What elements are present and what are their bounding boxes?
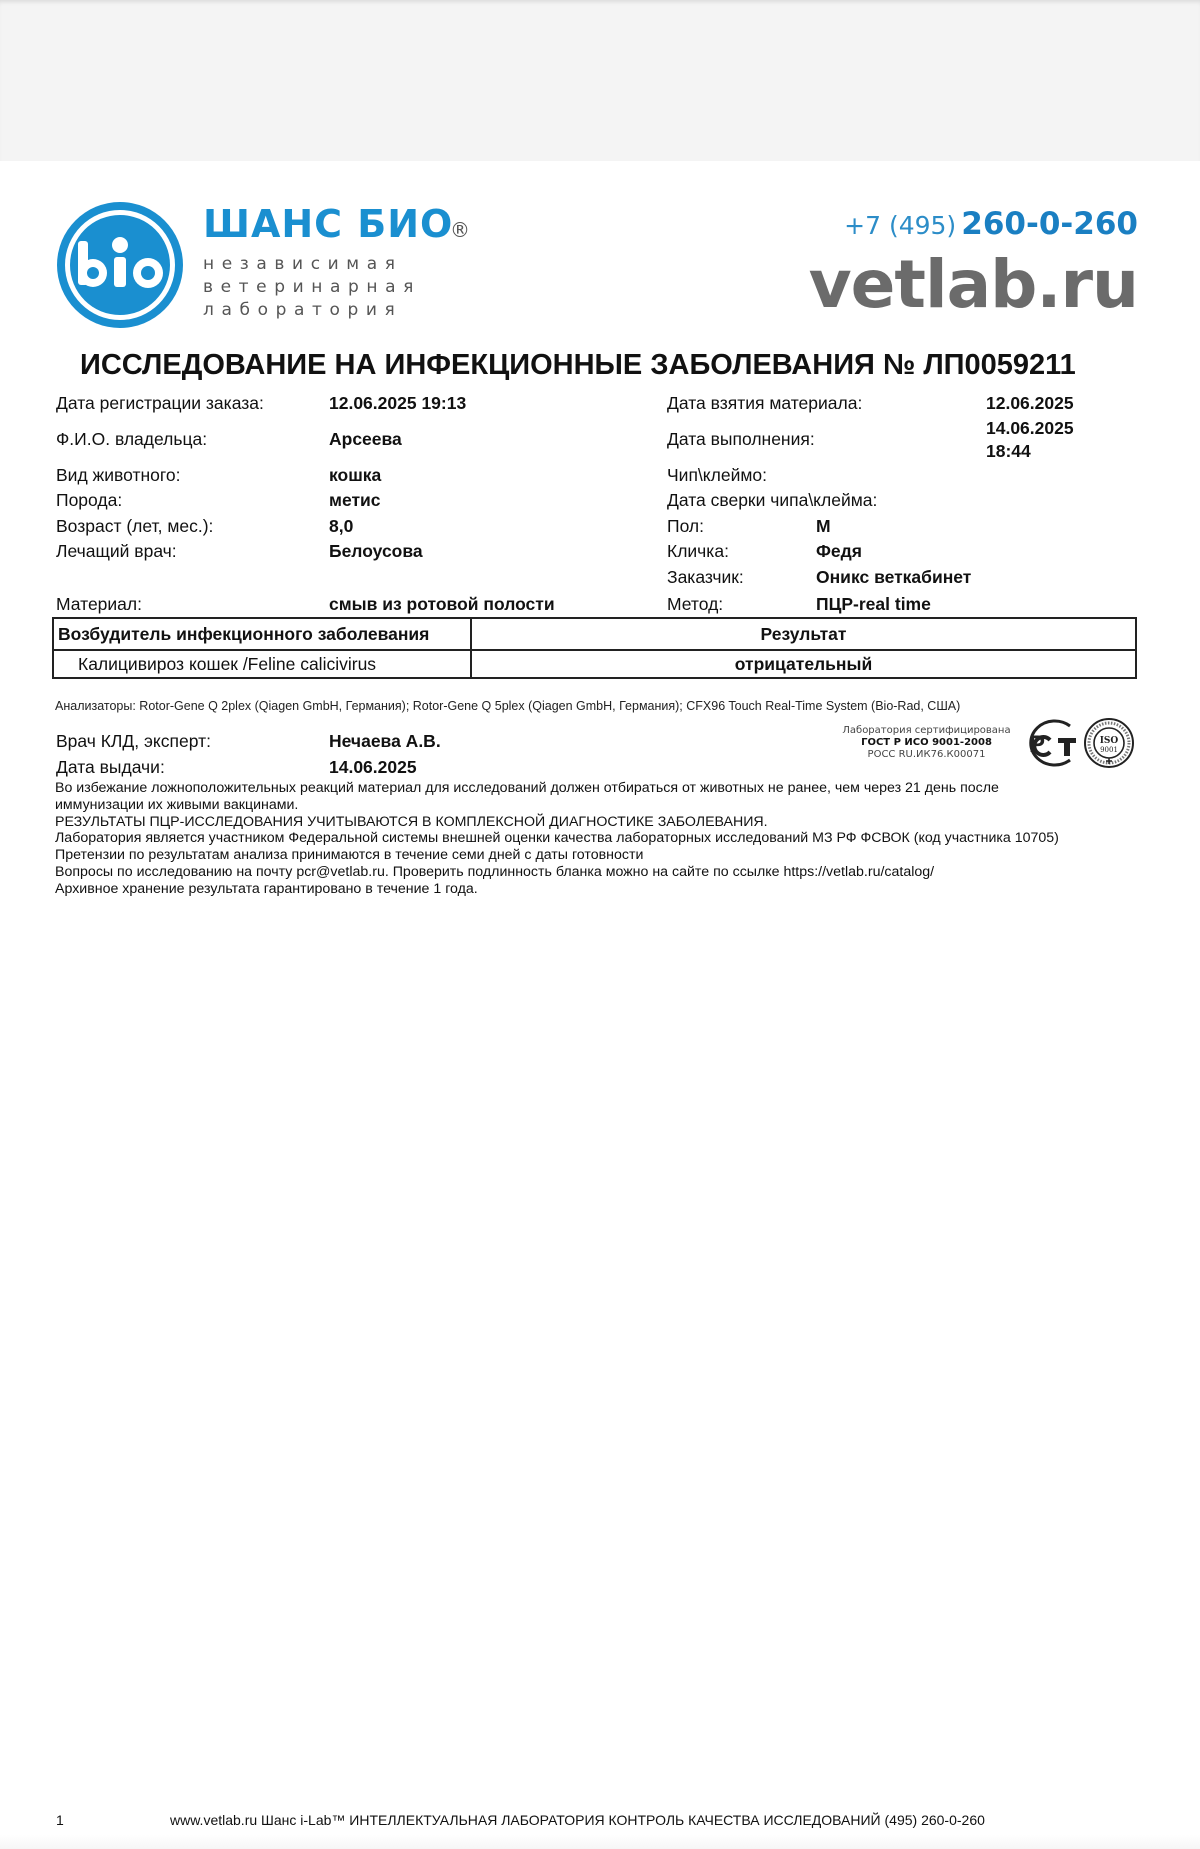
viewer-top-band	[0, 0, 1200, 161]
note-line: Вопросы по исследованию на почту pcr@vet…	[55, 864, 1145, 881]
owner-label: Ф.И.О. владельца:	[56, 431, 207, 449]
method-value: ПЦР-real time	[816, 596, 931, 614]
species-value: кошка	[329, 467, 381, 485]
analyzers-note: Анализаторы: Rotor-Gene Q 2plex (Qiagen …	[55, 699, 960, 713]
table-header-row: Возбудитель инфекционного заболевания Ре…	[53, 618, 1136, 650]
page-number: 1	[56, 1812, 64, 1828]
issue-date-value: 14.06.2025	[329, 759, 417, 777]
order-date-value: 12.06.2025 19:13	[329, 395, 466, 413]
pet-name-label: Кличка:	[667, 543, 729, 561]
note-line: иммунизации их живыми вакцинами.	[55, 797, 1145, 814]
cert-line-1: Лаборатория сертифицирована	[838, 725, 1015, 737]
page-bottom-edge	[0, 1835, 1200, 1849]
note-line: РЕЗУЛЬТАТЫ ПЦР-ИССЛЕДОВАНИЯ УЧИТЫВАЮТСЯ …	[55, 814, 1145, 831]
vet-label: Лечащий врач:	[56, 543, 177, 561]
footer-text: www.vetlab.ru Шанс i-Lab™ ИНТЕЛЛЕКТУАЛЬН…	[170, 1812, 985, 1828]
website-logo: vetlab.ru	[809, 252, 1138, 318]
issue-date-label: Дата выдачи:	[56, 759, 165, 777]
cert-line-2: ГОСТ Р ИСО 9001-2008	[838, 737, 1015, 749]
vet-value: Белоусова	[329, 543, 423, 561]
chip-label: Чип\клеймо:	[667, 467, 767, 485]
pathogen-cell: Калицивироз кошек /Feline calicivirus	[53, 650, 471, 678]
sample-date-value: 12.06.2025	[986, 395, 1074, 413]
breed-value: метис	[329, 492, 381, 510]
sex-value: М	[816, 518, 831, 536]
brand-tagline-1: независимая	[203, 256, 443, 273]
age-value: 8,0	[329, 518, 353, 536]
result-cell: отрицательный	[471, 650, 1136, 678]
notes-block: Во избежание ложноположительных реакций …	[55, 780, 1145, 898]
iso-9001-icon: ISO 9001	[1083, 717, 1135, 769]
results-table: Возбудитель инфекционного заболевания Ре…	[52, 617, 1137, 679]
document-title: ИССЛЕДОВАНИЕ НА ИНФЕКЦИОННЫЕ ЗАБОЛЕВАНИЯ…	[80, 351, 1076, 380]
result-column-header: Результат	[471, 618, 1136, 650]
bio-logo-icon	[56, 201, 184, 329]
table-row: Калицивироз кошек /Feline calicivirus от…	[53, 650, 1136, 678]
customer-label: Заказчик:	[667, 569, 744, 587]
customer-value: Оникс веткабинет	[816, 569, 971, 587]
expert-label: Врач КЛД, эксперт:	[56, 733, 211, 751]
rst-certification-icon: Р	[1020, 718, 1078, 768]
brand-name: ШАНС БИО	[203, 205, 453, 243]
sample-date-label: Дата взятия материала:	[667, 395, 862, 413]
chip-check-date-label: Дата сверки чипа\клейма:	[667, 492, 877, 510]
brand-tagline-2: ветеринарная	[203, 279, 443, 296]
pet-name-value: Федя	[816, 543, 862, 561]
sex-label: Пол:	[667, 518, 704, 536]
method-label: Метод:	[667, 596, 723, 614]
breed-label: Порода:	[56, 492, 122, 510]
registered-mark: ®	[450, 218, 470, 242]
note-line: Лаборатория является участником Федераль…	[55, 830, 1145, 847]
owner-value: Арсеева	[329, 431, 402, 449]
pathogen-column-header: Возбудитель инфекционного заболевания	[53, 618, 471, 650]
material-label: Материал:	[56, 596, 142, 614]
completion-time-value: 18:44	[986, 443, 1031, 461]
completion-date-label: Дата выполнения:	[667, 431, 815, 449]
document-page	[0, 161, 1200, 1849]
phone-prefix: +7 (495)	[844, 211, 956, 240]
expert-value: Нечаева А.В.	[329, 733, 441, 751]
certification-block: Лаборатория сертифицирована ГОСТ Р ИСО 9…	[838, 725, 1015, 761]
species-label: Вид животного:	[56, 467, 180, 485]
svg-text:9001: 9001	[1100, 746, 1118, 754]
note-line: Во избежание ложноположительных реакций …	[55, 780, 1145, 797]
completion-date-value: 14.06.2025	[986, 420, 1074, 438]
svg-text:ISO: ISO	[1100, 736, 1119, 746]
cert-line-3: РОСС RU.ИК76.К00071	[838, 749, 1015, 761]
note-line: Претензии по результатам анализа принима…	[55, 847, 1145, 864]
age-label: Возраст (лет, мес.):	[56, 518, 213, 536]
phone-number: +7 (495) 260-0-260	[844, 209, 1138, 240]
phone-main: 260-0-260	[961, 206, 1138, 242]
material-value: смыв из ротовой полости	[329, 596, 555, 614]
order-date-label: Дата регистрации заказа:	[56, 395, 264, 413]
brand-tagline-3: лаборатория	[203, 302, 443, 319]
note-line: Архивное хранение результата гарантирова…	[55, 881, 1145, 898]
